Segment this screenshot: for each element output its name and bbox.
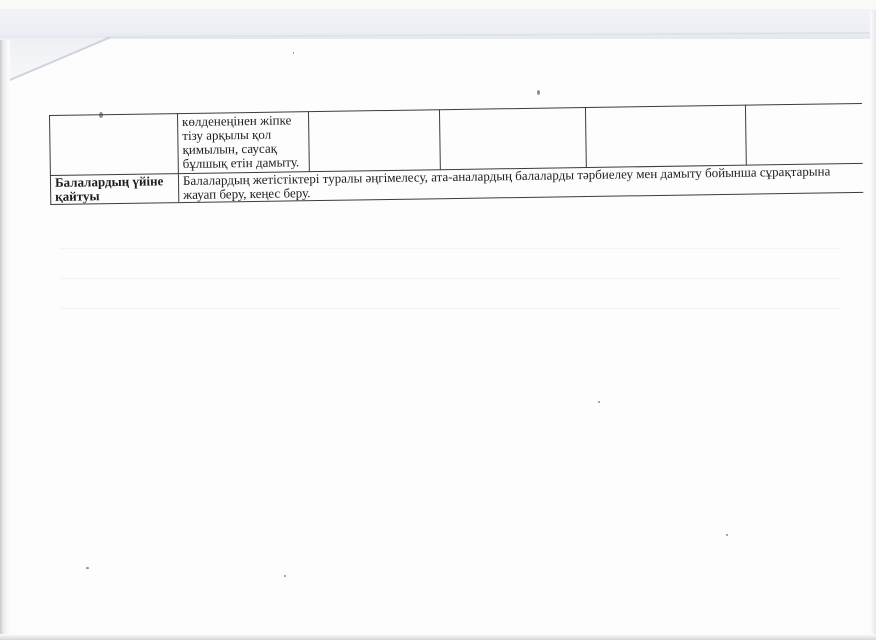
empty-cell <box>745 103 862 165</box>
scan-speck <box>598 401 600 403</box>
empty-cell <box>585 105 746 167</box>
page-left-edge <box>0 40 10 640</box>
scan-speck <box>293 52 294 54</box>
scan-speck <box>284 575 286 577</box>
page-right-edge <box>870 10 876 640</box>
empty-cell <box>308 110 440 172</box>
scanned-page: көлденеңінен жіпке тізу арқылы қол қимыл… <box>0 0 876 640</box>
scan-speck <box>86 567 89 569</box>
page-bottom-edge <box>0 634 876 640</box>
empty-cell <box>439 108 586 170</box>
row-label-cell-empty <box>50 114 179 176</box>
activity-description-cell: көлденеңінен жіпке тізу арқылы қол қимыл… <box>177 112 309 174</box>
bleed-through-texture <box>60 228 860 348</box>
plan-table: көлденеңінен жіпке тізу арқылы қол қимыл… <box>49 103 863 205</box>
return-home-label: Балалардың үйіне қайтуы <box>50 174 178 205</box>
plan-table-container: көлденеңінен жіпке тізу арқылы қол қимыл… <box>49 103 862 205</box>
scan-speck <box>726 534 728 536</box>
scan-speck <box>537 90 540 95</box>
